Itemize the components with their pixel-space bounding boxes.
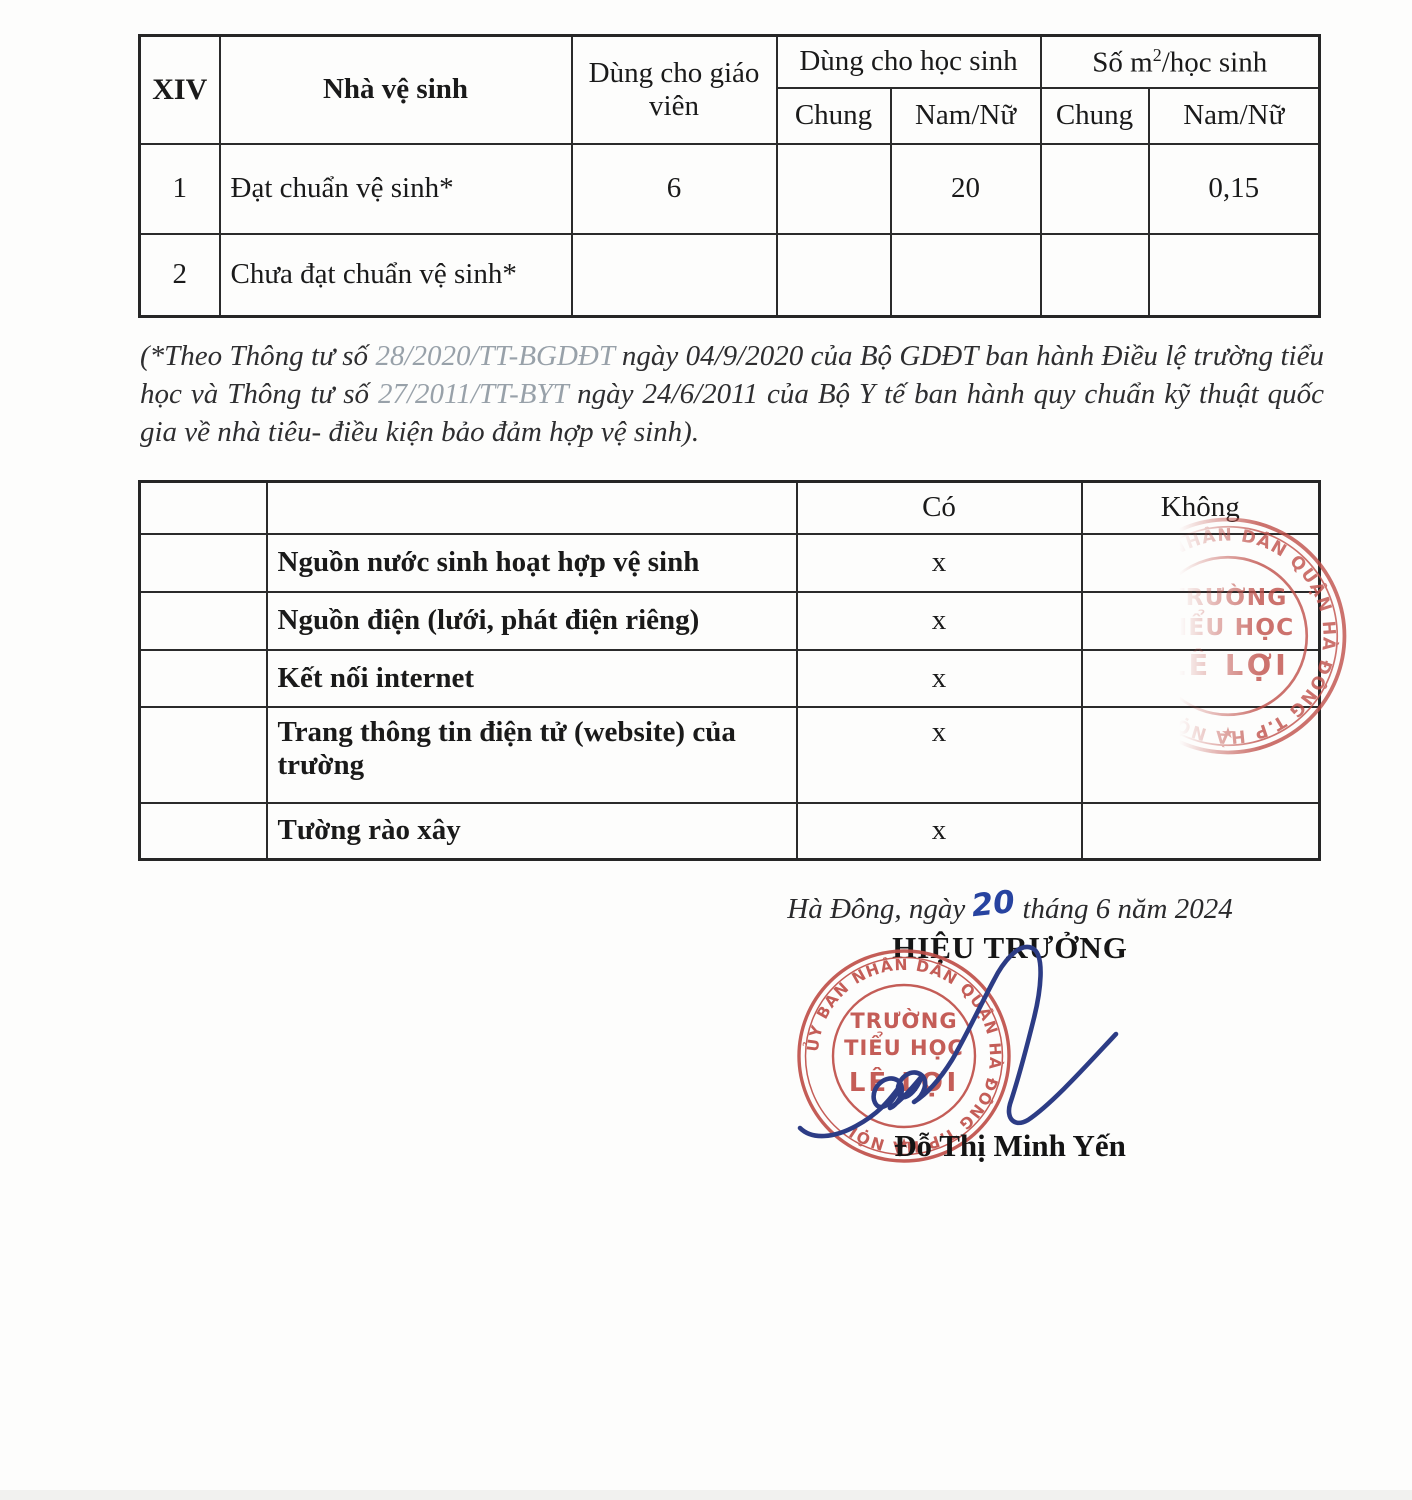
table-row: Tường rào xây x <box>140 803 1320 860</box>
date-prefix: Hà Đông, ngày <box>787 893 965 925</box>
row-label: Tường rào xây <box>267 803 797 860</box>
area-chung-value <box>1041 144 1149 234</box>
signer-name: Đỗ Thị Minh Yến <box>740 1128 1280 1164</box>
no-mark <box>1082 534 1320 592</box>
row-number: 1 <box>140 144 220 234</box>
row-label: Đạt chuẩn vệ sinh* <box>220 144 572 234</box>
facilities-checklist-table: Có Không Nguồn nước sinh hoạt hợp vệ sin… <box>138 480 1321 861</box>
svg-text:LÊ LỢI: LÊ LỢI <box>849 1066 959 1098</box>
section-number: XIV <box>140 36 220 145</box>
row-label: Nguồn điện (lưới, phát điện riêng) <box>267 592 797 650</box>
row-roman-numeral <box>140 534 267 592</box>
no-mark <box>1082 707 1320 803</box>
table-row: 1 Đạt chuẩn vệ sinh* 6 20 0,15 <box>140 144 1320 234</box>
students-namnu-value <box>891 234 1041 317</box>
empty-header-cell <box>140 482 267 535</box>
col-header-teacher: Dùng cho giáo viên <box>572 36 777 145</box>
svg-text:TRƯỜNG: TRƯỜNG <box>850 1008 957 1033</box>
col-group-area: Số m2/học sinh <box>1041 36 1320 89</box>
area-label-post: /học sinh <box>1162 46 1268 78</box>
area-label-pre: Số m <box>1092 46 1152 78</box>
yes-mark: x <box>797 803 1082 860</box>
no-mark <box>1082 803 1320 860</box>
row-label: Chưa đạt chuẩn vệ sinh* <box>220 234 572 317</box>
table-row: 2 Chưa đạt chuẩn vệ sinh* <box>140 234 1320 317</box>
subcol-students-chung: Chung <box>777 88 891 144</box>
students-namnu-value: 20 <box>891 144 1041 234</box>
row-roman-numeral <box>140 803 267 860</box>
area-label-sup: 2 <box>1153 45 1162 65</box>
footnote: (*Theo Thông tư số 28/2020/TT-BGDĐT ngày… <box>140 337 1324 451</box>
row-label: Trang thông tin điện tử (website) của tr… <box>267 707 797 803</box>
scan-edge-artifact <box>0 1490 1412 1500</box>
row-label: Kết nối internet <box>267 650 797 707</box>
col-group-students: Dùng cho học sinh <box>777 36 1041 89</box>
students-chung-value <box>777 144 891 234</box>
footnote-reference: 27/2011/TT-BYT <box>378 378 568 410</box>
empty-header-cell <box>267 482 797 535</box>
svg-text:ỦY BAN NHÂN DÂN QUẬN HÀ ĐÔNG T: ỦY BAN NHÂN DÂN QUẬN HÀ ĐÔNG T.P HÀ NỘI <box>801 956 1005 1158</box>
row-roman-numeral <box>140 592 267 650</box>
no-mark <box>1082 592 1320 650</box>
no-mark <box>1082 650 1320 707</box>
teacher-value: 6 <box>572 144 777 234</box>
date-suffix: tháng 6 năm 2024 <box>1022 893 1232 925</box>
role-title: HIỆU TRƯỞNG <box>740 930 1280 966</box>
footnote-reference: 28/2020/TT-BGDĐT <box>375 340 614 372</box>
col-header-yes: Có <box>797 482 1082 535</box>
table-row: Nguồn nước sinh hoạt hợp vệ sinh x <box>140 534 1320 592</box>
yes-mark: x <box>797 534 1082 592</box>
yes-mark: x <box>797 592 1082 650</box>
table-title: Nhà vệ sinh <box>220 36 572 145</box>
table-row: Nguồn điện (lưới, phát điện riêng) x <box>140 592 1320 650</box>
yes-mark: x <box>797 650 1082 707</box>
col-header-no: Không <box>1082 482 1320 535</box>
row-roman-numeral <box>140 650 267 707</box>
subcol-area-namnu: Nam/Nữ <box>1149 88 1320 144</box>
table-row: Kết nối internet x <box>140 650 1320 707</box>
row-roman-numeral <box>140 707 267 803</box>
table-row: Trang thông tin điện tử (website) của tr… <box>140 707 1320 803</box>
yes-mark: x <box>797 707 1082 803</box>
footnote-text: (*Theo Thông tư số <box>140 340 375 372</box>
subcol-area-chung: Chung <box>1041 88 1149 144</box>
area-chung-value <box>1041 234 1149 317</box>
subcol-students-namnu: Nam/Nữ <box>891 88 1041 144</box>
area-namnu-value: 0,15 <box>1149 144 1320 234</box>
toilet-facilities-table: XIV Nhà vệ sinh Dùng cho giáo viên Dùng … <box>138 34 1321 318</box>
handwritten-day: 20 <box>970 884 1017 924</box>
row-number: 2 <box>140 234 220 317</box>
scanned-document-page: XIV Nhà vệ sinh Dùng cho giáo viên Dùng … <box>0 0 1412 1500</box>
students-chung-value <box>777 234 891 317</box>
teacher-value <box>572 234 777 317</box>
row-label: Nguồn nước sinh hoạt hợp vệ sinh <box>267 534 797 592</box>
place-date-line: Hà Đông, ngày20tháng 6 năm 2024 <box>740 890 1280 926</box>
area-namnu-value <box>1149 234 1320 317</box>
svg-text:TIỂU HỌC: TIỂU HỌC <box>844 1032 964 1060</box>
